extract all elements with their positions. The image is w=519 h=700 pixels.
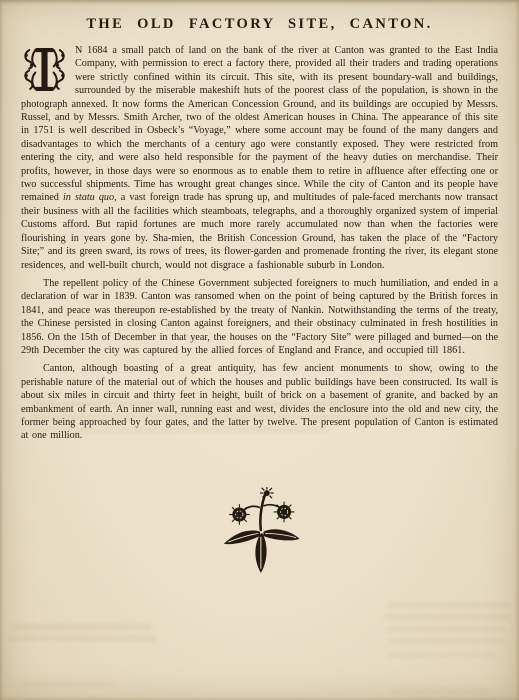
page-showthrough: [388, 602, 510, 608]
page-showthrough: [384, 614, 510, 620]
page-showthrough: [390, 638, 506, 644]
latin-phrase: in statu quo: [63, 192, 114, 203]
page-showthrough: [386, 652, 496, 658]
page-showthrough: [20, 681, 115, 687]
tailpiece-plant-woodcut-icon: [217, 487, 303, 585]
paragraph-3: Canton, although boasting of a great ant…: [21, 362, 498, 442]
drop-cap-ornament-icon: [21, 46, 68, 93]
page-showthrough: [390, 688, 490, 694]
page-showthrough: [12, 624, 152, 630]
page-showthrough: [8, 635, 158, 641]
page-showthrough: [386, 626, 506, 632]
page-title: THE OLD FACTORY SITE, CANTON.: [0, 0, 519, 33]
book-page: THE OLD FACTORY SITE, CANTON.: [0, 0, 519, 700]
paragraph-1-text: N 1684 a small patch of land on the bank…: [21, 45, 498, 203]
paragraph-2: The repellent policy of the Chinese Gove…: [21, 277, 498, 357]
text-block: N 1684 a small patch of land on the bank…: [21, 44, 498, 448]
paragraph-1: N 1684 a small patch of land on the bank…: [21, 44, 498, 272]
paragraph-1-text-cont: , a vast foreign trade has sprung up, an…: [21, 192, 498, 270]
